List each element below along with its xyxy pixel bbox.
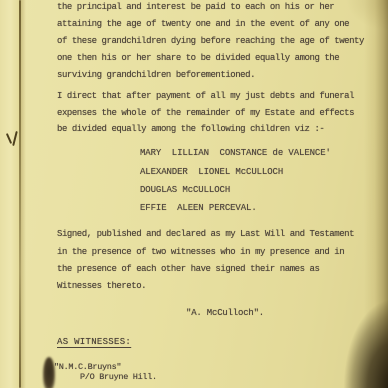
witnesses-heading: AS WITNESSES:: [57, 337, 131, 347]
will-text-line: the principal and interest be paid to ea…: [57, 2, 334, 12]
crease-shadow: [21, 0, 26, 388]
will-text-line: be divided equally among the following c…: [57, 124, 324, 134]
child-name: ALEXANDER LIONEL McCULLOCH: [140, 167, 283, 177]
attestation-line: Signed, published and declared as my Las…: [57, 229, 354, 239]
attestation-line: in the presence of two witnesses who in …: [57, 247, 344, 257]
underlying-page-edge: [0, 0, 19, 388]
bottom-right-corner-shadow: [318, 268, 388, 388]
child-name: MARY LILLIAN CONSTANCE de VALENCE': [140, 148, 331, 158]
pencil-tick-mark: [7, 131, 21, 149]
attestation-line: Witnesses thereto.: [57, 281, 146, 291]
testator-signature: "A. McCulloch".: [186, 308, 264, 318]
child-name: EFFIE ALEEN PERCEVAL.: [140, 203, 257, 213]
witness-address: P/O Bruyne Hill.: [80, 372, 157, 382]
child-name: DOUGLAS McCULLOCH: [140, 185, 230, 195]
will-text-line: expenses the whole of the remainder of m…: [57, 108, 354, 118]
attestation-line: the presence of each other have signed t…: [57, 264, 319, 274]
will-text-line: attaining the age of twenty one and in t…: [57, 19, 349, 29]
witness-signature: "N.M.C.Bruyns": [54, 362, 121, 372]
will-text-line: surviving grandchildren beforementioned.: [57, 70, 255, 80]
will-text-line: I direct that after payment of all my ju…: [57, 91, 354, 101]
will-document-page: . .. . the principal and interest be pai…: [0, 0, 388, 388]
will-text-line: one then his or her share to be divided …: [57, 53, 339, 63]
will-text-line: of these grandchildren dying before reac…: [57, 36, 364, 46]
